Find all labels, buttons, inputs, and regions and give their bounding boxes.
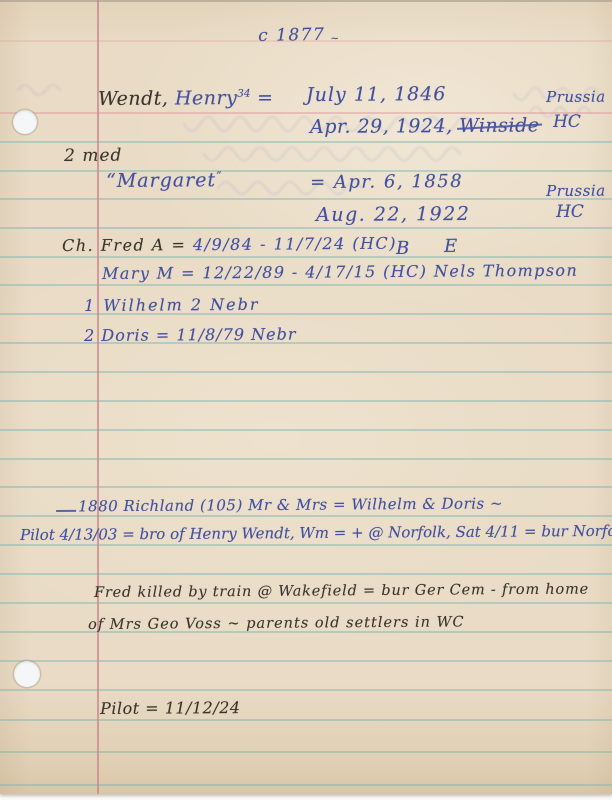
name-margaret: “Margaret” [106,169,222,192]
handwritten-segment: Henry [168,87,237,109]
handwritten-segment: 34 [237,88,250,100]
grandchild-doris: 2 Doris = 11/8/79 Nebr [84,325,297,345]
handwritten-segment: Prussia [546,182,606,200]
handwritten-segment: HC [556,202,584,222]
handwritten-segment: = Apr. 6, 1858 [310,171,463,193]
origin-henry: Prussia [546,88,606,106]
handwritten-segment: Pilot = 11/12/24 [100,698,241,718]
origin-margaret: Prussia [546,182,606,200]
birth-henry: July 11, 1846 [306,83,446,106]
handwritten-segment: 1 Wilhelm 2 Nebr [84,295,260,315]
scanned-page: c 1877 ~Wendt, Henry34 =July 11, 1846Pru… [0,0,612,800]
handwritten-segment: E [444,236,457,257]
handwritten-segment: “Margaret [106,169,216,192]
name-henry: Wendt, Henry34 = [98,87,274,110]
hc-henry: HC [553,112,581,132]
fred-death-note-2: of Mrs Geo Voss ~ parents old settlers i… [88,614,465,633]
handwritten-segment: Aug. 22, 1922 [316,203,470,226]
handwritten-segment: B [396,238,409,259]
handwritten-segment: Pilot 4/13/03 = bro of Henry Wendt, Wm =… [20,522,612,544]
handwriting-layer: c 1877 ~Wendt, Henry34 =July 11, 1846Pru… [0,0,612,794]
children-fred: Ch. Fred A = 4/9/84 - 11/7/24 (HC) [62,234,397,255]
handwritten-segment: 1880 Richland (105) Mr & Mrs = Wilhelm &… [78,494,503,515]
pilot-1903-note: Pilot 4/13/03 = bro of Henry Wendt, Wm =… [20,522,612,544]
handwritten-segment: Fred killed by train @ Wakefield = bur G… [94,582,589,601]
initial-b: B [396,238,409,259]
handwritten-segment: 2 med [64,146,122,166]
fred-death-note: Fred killed by train @ Wakefield = bur G… [94,582,589,601]
pilot-1924-note: Pilot = 11/12/24 [100,698,241,718]
hc-margaret: HC [556,202,584,222]
handwritten-segment: 2 Doris = 11/8/79 Nebr [84,325,297,345]
initial-e: E [444,236,457,257]
grandchild-wilhelm: 1 Wilhelm 2 Nebr [84,295,260,315]
handwritten-segment: of Mrs Geo Voss ~ parents old settlers i… [88,614,465,633]
handwritten-segment: Winside [459,114,539,137]
handwritten-segment: ~ [325,33,340,45]
birth-margaret: = Apr. 6, 1858 [310,171,463,193]
handwritten-segment: ” [216,170,221,182]
death-margaret: Aug. 22, 1922 [316,203,470,226]
handwritten-segment: Fred A = [101,235,193,255]
handwritten-segment: July 11, 1846 [306,83,446,106]
handwritten-segment: = [251,87,274,109]
handwritten-segment: Apr. 29, 1924, [310,115,459,138]
handwritten-segment: Ch. [62,236,101,255]
child-mary: Mary M = 12/22/89 - 4/17/15 (HC) Nels Th… [102,261,578,283]
marriage-note: 2 med [64,146,122,166]
handwritten-segment: c 1877 [258,25,326,46]
header-date: c 1877 ~ [258,25,341,46]
death-henry: Apr. 29, 1924, Winside [310,114,540,138]
handwritten-segment: Wendt, [98,88,168,110]
handwritten-segment [56,496,76,512]
handwritten-segment: 4/9/84 - 11/7/24 (HC) [193,234,397,254]
handwritten-segment: Prussia [546,88,606,106]
handwritten-segment: HC [553,112,581,132]
handwritten-segment: Mary M = 12/22/89 - 4/17/15 (HC) Nels Th… [102,261,578,283]
census-1880-note: 1880 Richland (105) Mr & Mrs = Wilhelm &… [56,493,503,516]
